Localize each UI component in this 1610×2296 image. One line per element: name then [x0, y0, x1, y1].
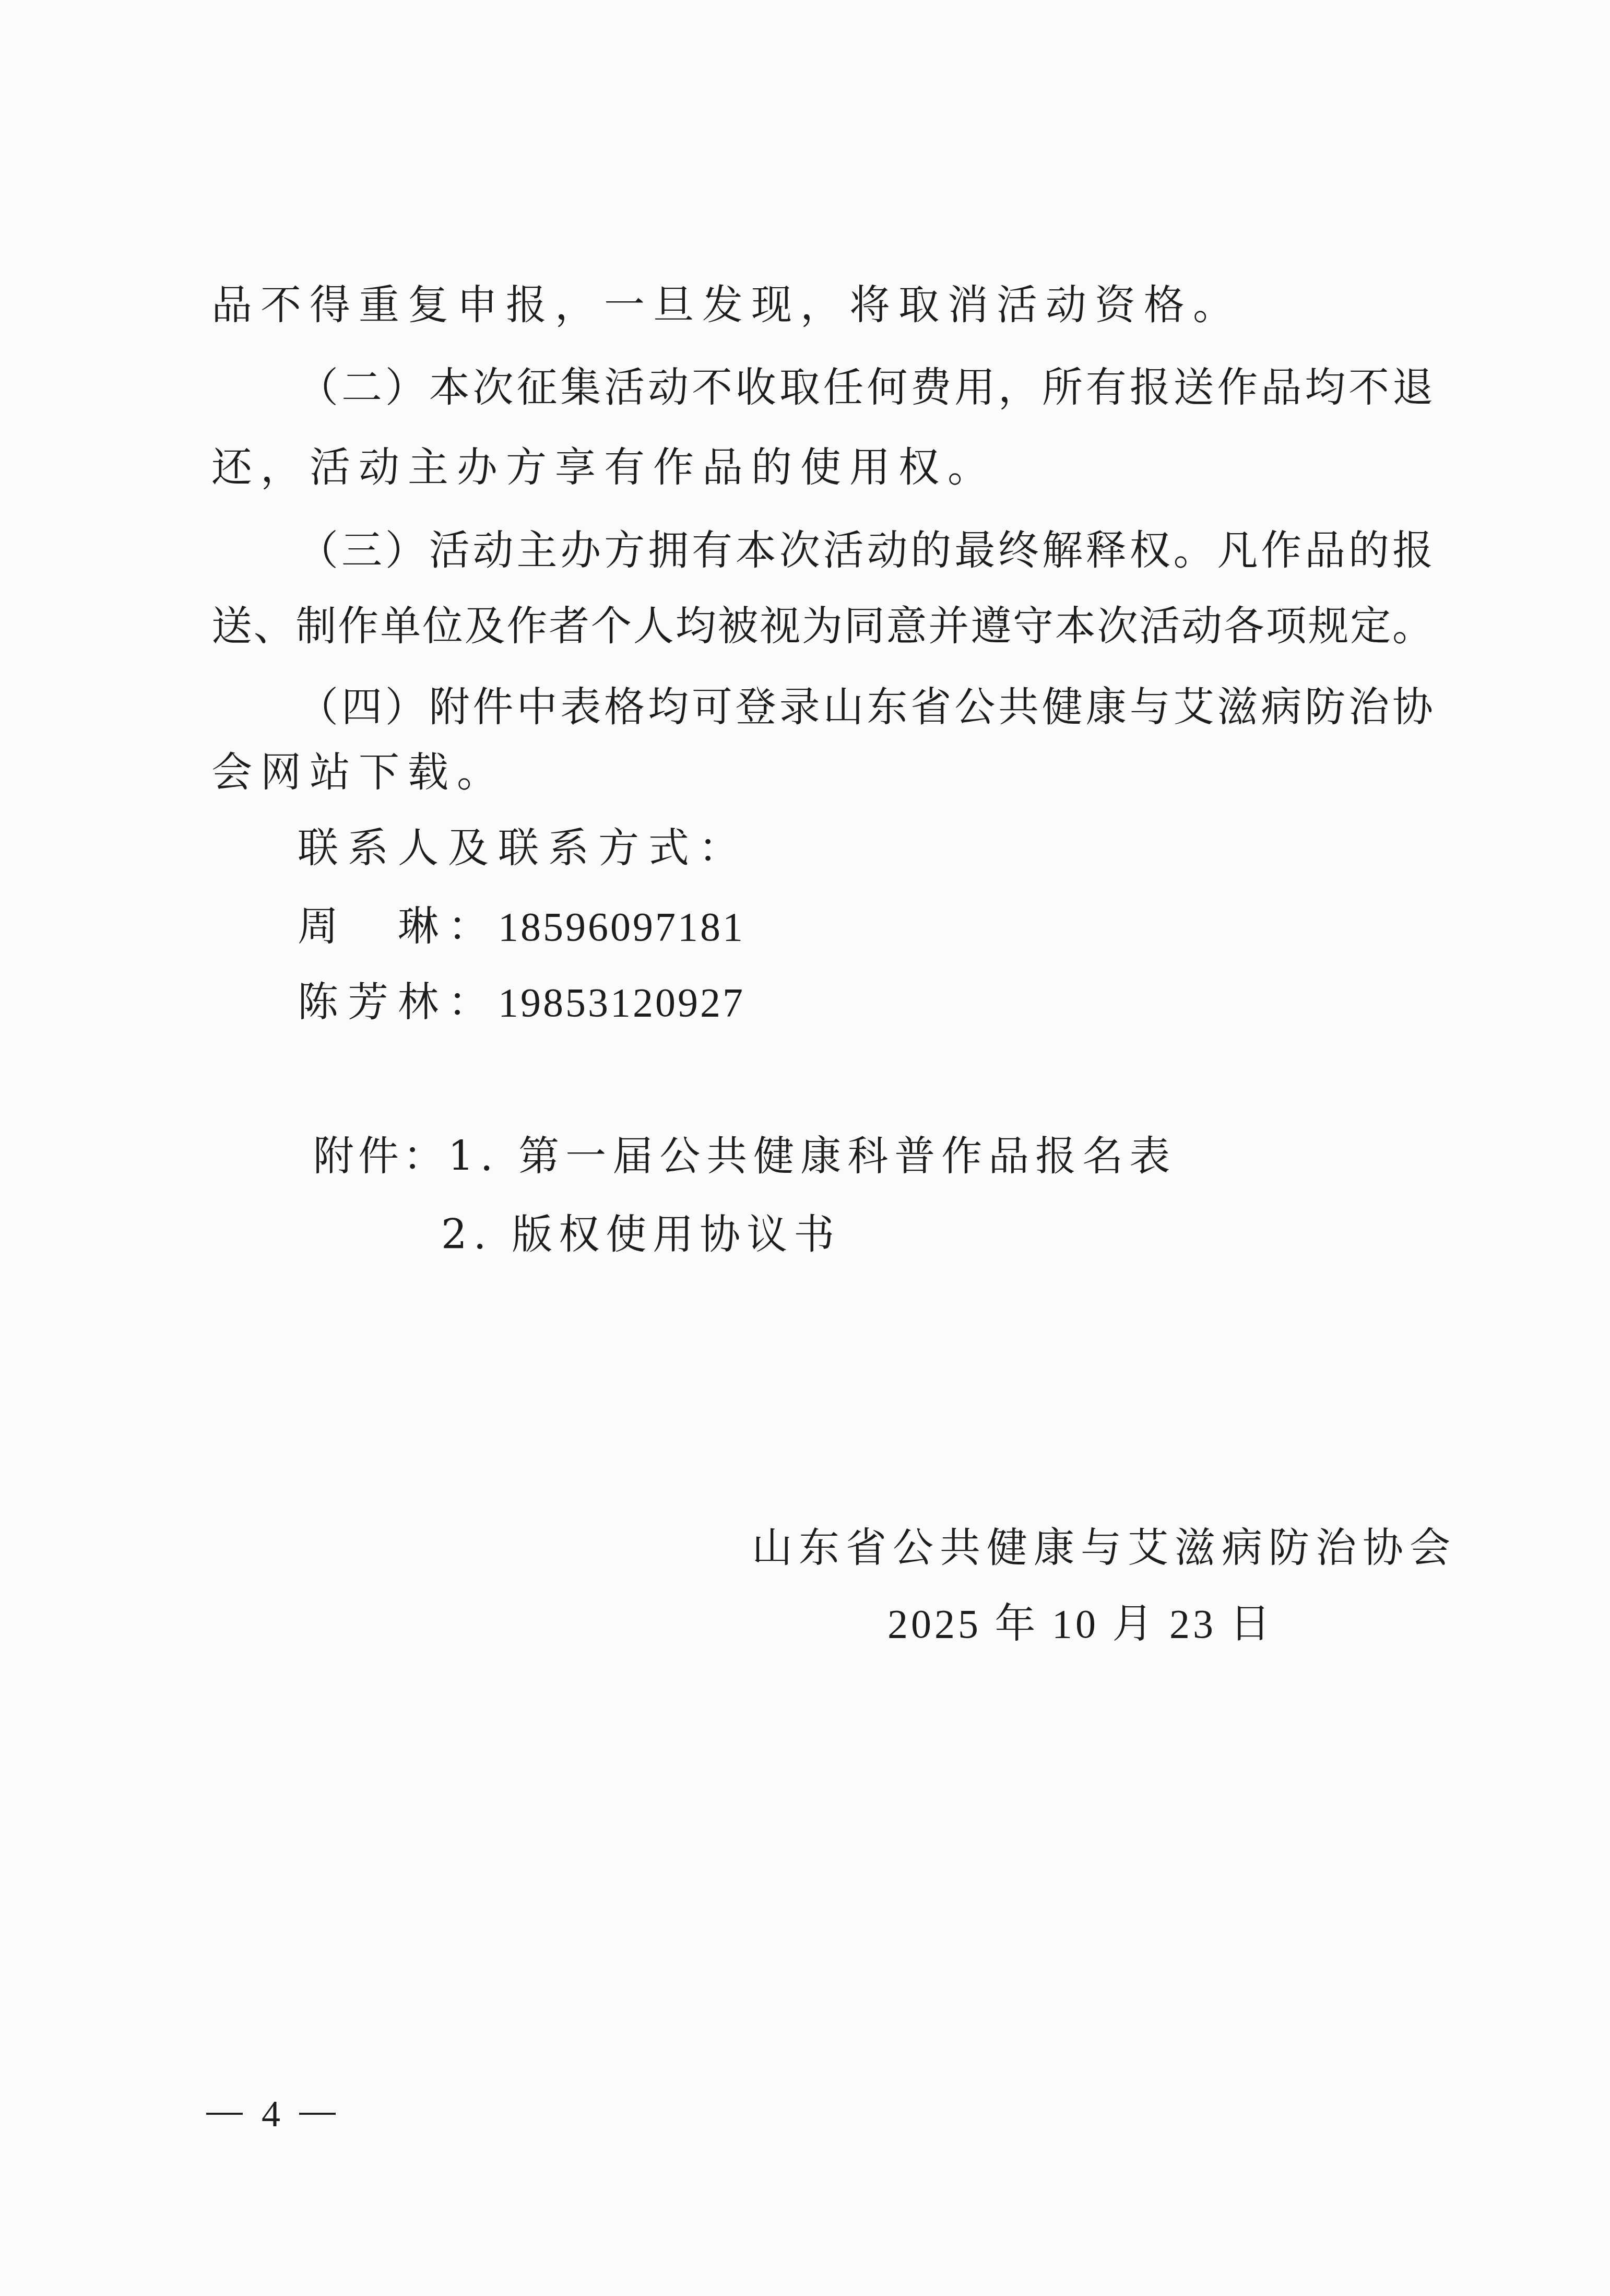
paragraph-line: （三）活动主办方拥有本次活动的最终解释权。凡作品的报 [298, 525, 1433, 577]
paragraph-line: 送、制作单位及作者个人均被视为同意并遵守本次活动各项规定。 [211, 601, 1433, 653]
contact-phone: 18596097181 [498, 904, 745, 949]
page-number-footer: 4 [206, 2088, 336, 2140]
page-number: 4 [262, 2088, 280, 2140]
contact-row: 周 琳：18596097181 [298, 901, 745, 953]
contact-name: 陈芳林： [298, 979, 498, 1026]
attachment-row: 附件：1. 第一届公共健康科普作品报名表 [313, 1131, 1176, 1183]
paragraph-line: （二）本次征集活动不收取任何费用，所有报送作品均不退 [298, 362, 1433, 414]
paragraph-line: 品不得重复申报，一旦发现，将取消活动资格。 [211, 279, 1242, 332]
paragraph-line: 会网站下载。 [211, 747, 506, 799]
contact-heading: 联系人及联系方式： [298, 822, 749, 875]
signature-date: 2025 年 10 月 23 日 [887, 1598, 1274, 1650]
attachment-item: 2. 版权使用协议书 [441, 1209, 840, 1261]
dash-right [299, 2113, 336, 2115]
dash-left [206, 2113, 243, 2115]
signature-organization: 山东省公共健康与艾滋病防治协会 [752, 1522, 1457, 1574]
attachments-label: 附件： [313, 1133, 448, 1180]
attachment-item: 1. 第一届公共健康科普作品报名表 [448, 1133, 1176, 1180]
document-page: 品不得重复申报，一旦发现，将取消活动资格。 （二）本次征集活动不收取任何费用，所… [0, 0, 1610, 2296]
paragraph-line: （四）附件中表格均可登录山东省公共健康与艾滋病防治协 [298, 681, 1433, 734]
contact-name: 周 琳： [298, 903, 498, 950]
contact-phone: 19853120927 [498, 980, 745, 1025]
paragraph-line: 还，活动主办方享有作品的使用权。 [211, 442, 997, 494]
contact-row: 陈芳林：19853120927 [298, 976, 745, 1029]
